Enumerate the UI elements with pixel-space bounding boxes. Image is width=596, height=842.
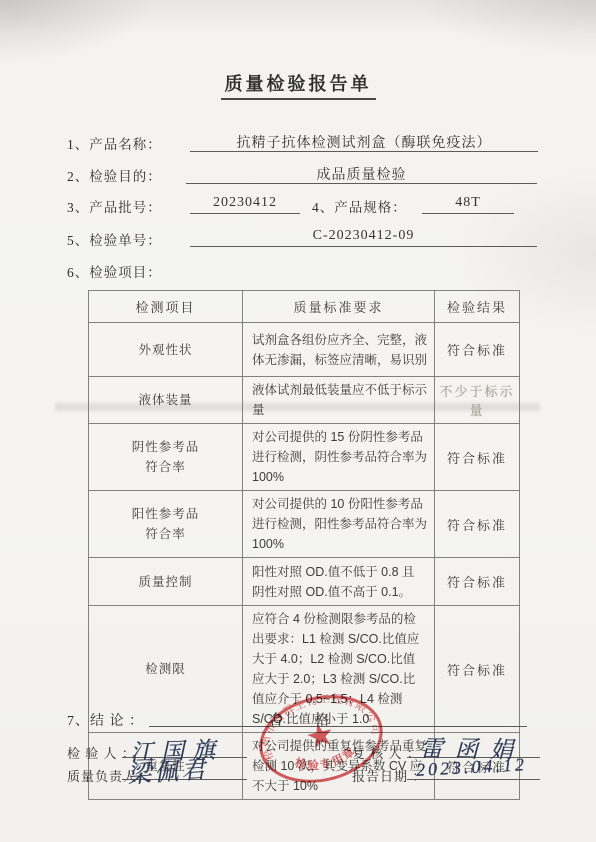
item-name: 外观性状	[89, 323, 243, 377]
item-result: 符合标准	[435, 323, 520, 377]
table-header-row: 检测项目 质量标准要求 检验结果	[89, 291, 520, 323]
item-name: 质量控制	[89, 558, 243, 606]
page-title: 质量检验报告单	[221, 74, 376, 100]
batch-label: 3、产品批号：	[67, 196, 162, 216]
spec-value: 48T	[422, 195, 514, 211]
item-name: 液体装量	[89, 377, 243, 424]
table-row: 阳性参考品 符合率 对公司提供的 10 份阳性参考品进行检测，阳性参考品符合率为…	[89, 491, 520, 558]
item-requirement: 试剂盒各组份应齐全、完整，液体无渗漏，标签应清晰，易识别	[243, 323, 435, 377]
purpose-underline	[186, 183, 537, 184]
conclusion-label: 7、结 论 ：	[67, 710, 144, 730]
table-row: 外观性状 试剂盒各组份应齐全、完整，液体无渗漏，标签应清晰，易识别 符合标准	[89, 323, 520, 377]
report-page: 质量检验报告单 1、产品名称： 抗精子抗体检测试剂盒（酶联免疫法） 2、检验目的…	[0, 0, 596, 842]
item-result: 符合标准	[435, 606, 520, 733]
order-no-value: C-20230412-09	[190, 228, 537, 244]
item-result: 符合标准	[435, 558, 520, 606]
col-header-result: 检验结果	[435, 291, 520, 323]
col-header-requirement: 质量标准要求	[243, 291, 435, 323]
item-name: 阳性参考品 符合率	[89, 491, 243, 558]
item-result: 符合标准	[435, 424, 520, 491]
spec-underline	[422, 213, 514, 214]
product-name-label: 1、产品名称：	[67, 133, 162, 153]
table-row: 阴性参考品 符合率 对公司提供的 15 份阴性参考品进行检测，阴性参考品符合率为…	[89, 424, 520, 491]
item-result: 符合标准	[435, 491, 520, 558]
purpose-label: 2、检验目的：	[67, 165, 162, 185]
order-no-label: 5、检验单号：	[67, 229, 162, 249]
seal-star-icon	[305, 721, 334, 749]
spec-label: 4、产品规格：	[312, 196, 407, 216]
item-result: 不少于标示量	[435, 377, 520, 424]
quality-manager-signature: 梁佩君	[126, 749, 209, 790]
purpose-value: 成品质量检验	[186, 164, 537, 184]
product-name-underline	[190, 151, 538, 152]
items-heading: 6、检验项目：	[67, 261, 162, 281]
batch-value: 20230412	[190, 195, 300, 211]
order-no-underline	[190, 246, 537, 247]
item-requirement: 阳性对照 OD.值不低于 0.8 且阴性对照 OD.值不高于 0.1。	[243, 558, 435, 606]
table-row: 液体装量 液体试剂最低装量应不低于标示量 不少于标示量	[89, 377, 520, 424]
batch-underline	[190, 213, 300, 214]
item-name: 阴性参考品 符合率	[89, 424, 243, 491]
product-name-value: 抗精子抗体检测试剂盒（酶联免疫法）	[190, 132, 538, 152]
item-requirement: 液体试剂最低装量应不低于标示量	[243, 377, 435, 424]
col-header-item: 检测项目	[89, 291, 243, 323]
table-row: 质量控制 阳性对照 OD.值不低于 0.8 且阴性对照 OD.值不高于 0.1。…	[89, 558, 520, 606]
item-requirement: 对公司提供的 10 份阳性参考品进行检测，阳性参考品符合率为 100%	[243, 491, 435, 558]
item-requirement: 对公司提供的 15 份阴性参考品进行检测，阴性参考品符合率为 100%	[243, 424, 435, 491]
